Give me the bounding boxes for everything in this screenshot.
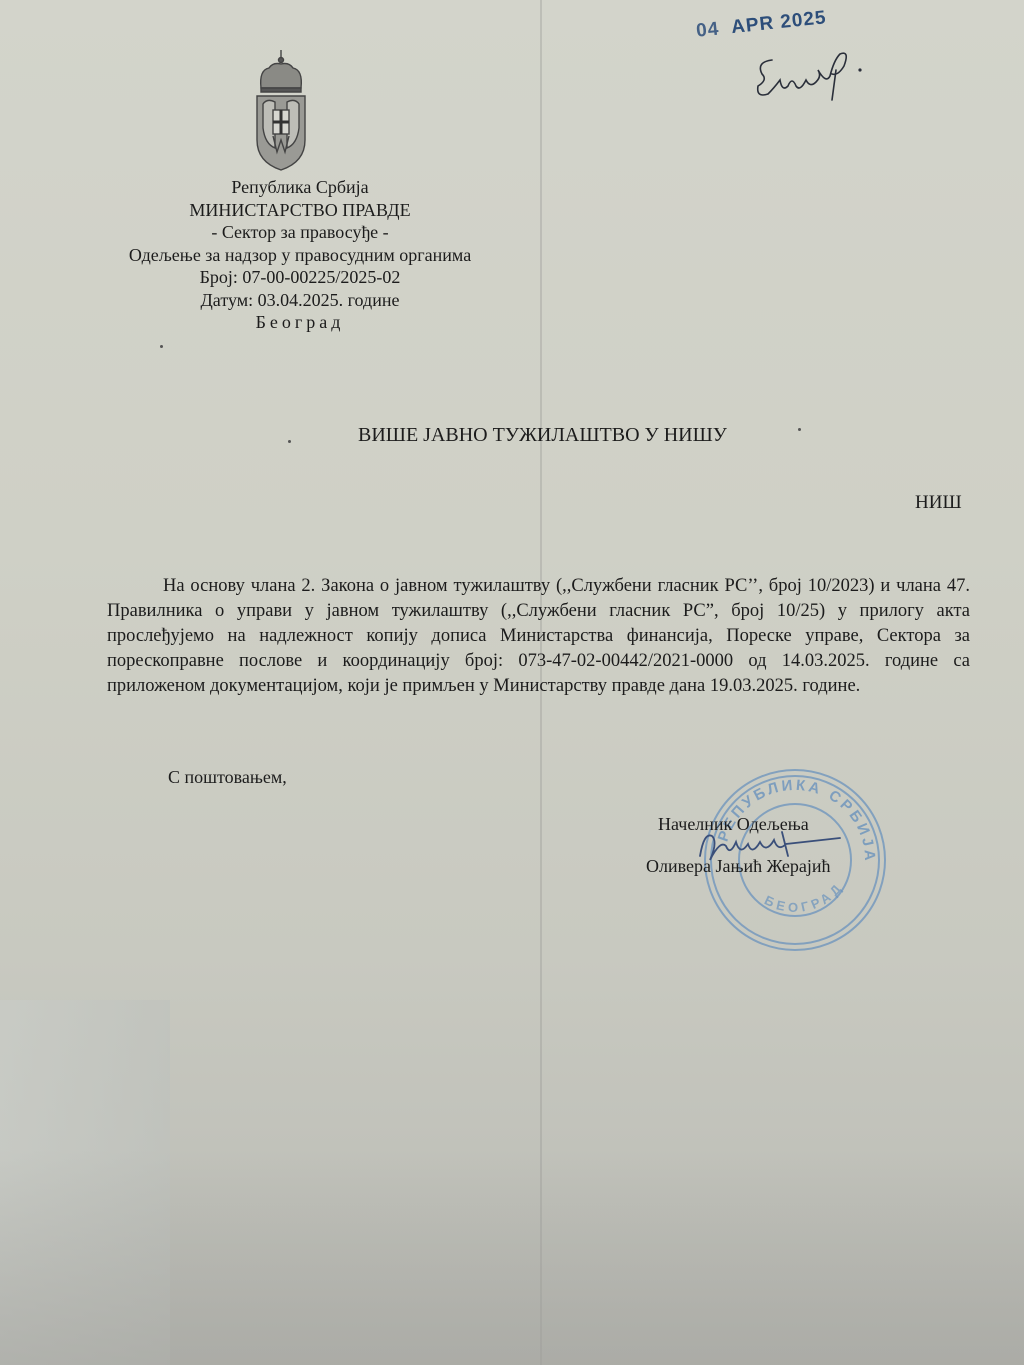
document-number: Број: 07-00-00225/2025-02 (100, 266, 500, 289)
received-date-stamp: 04APR 2025 (695, 7, 827, 43)
document-page: Република Србија МИНИСТАРСТВО ПРАВДЕ - С… (0, 0, 1024, 1365)
country-name: Република Србија (100, 176, 500, 199)
letter-body: На основу члана 2. Закона о јавном тужил… (107, 574, 970, 699)
handwritten-initials-icon (752, 40, 872, 104)
stamp-day: 04 (695, 18, 720, 41)
coat-of-arms-icon (253, 48, 309, 172)
speck (288, 440, 291, 443)
letterhead: Република Србија МИНИСТАРСТВО ПРАВДЕ - С… (100, 176, 500, 334)
sector-name: - Сектор за правосуђе - (100, 221, 500, 244)
issuing-city: Београд (100, 311, 500, 334)
recipient-city: НИШ (915, 492, 962, 514)
svg-text:БЕОГРАД: БЕОГРАД (762, 879, 847, 915)
closing-salutation: С поштовањем, (168, 767, 287, 788)
speck (160, 345, 163, 348)
paper-shadow-bottom (0, 1150, 1024, 1365)
stamp-month-year: APR 2025 (730, 7, 827, 38)
department-name: Одељење за надзор у правосудним органима (100, 244, 500, 267)
signatory-name: Оливера Јањић Жерајић (646, 856, 830, 877)
seal-text-bottom: БЕОГРАД (762, 879, 847, 915)
ministry-name: МИНИСТАРСТВО ПРАВДЕ (100, 199, 500, 222)
document-date: Датум: 03.04.2025. године (100, 289, 500, 312)
speck (798, 428, 801, 431)
recipient-name: ВИШЕ ЈАВНО ТУЖИЛАШТВО У НИШУ (358, 424, 727, 447)
